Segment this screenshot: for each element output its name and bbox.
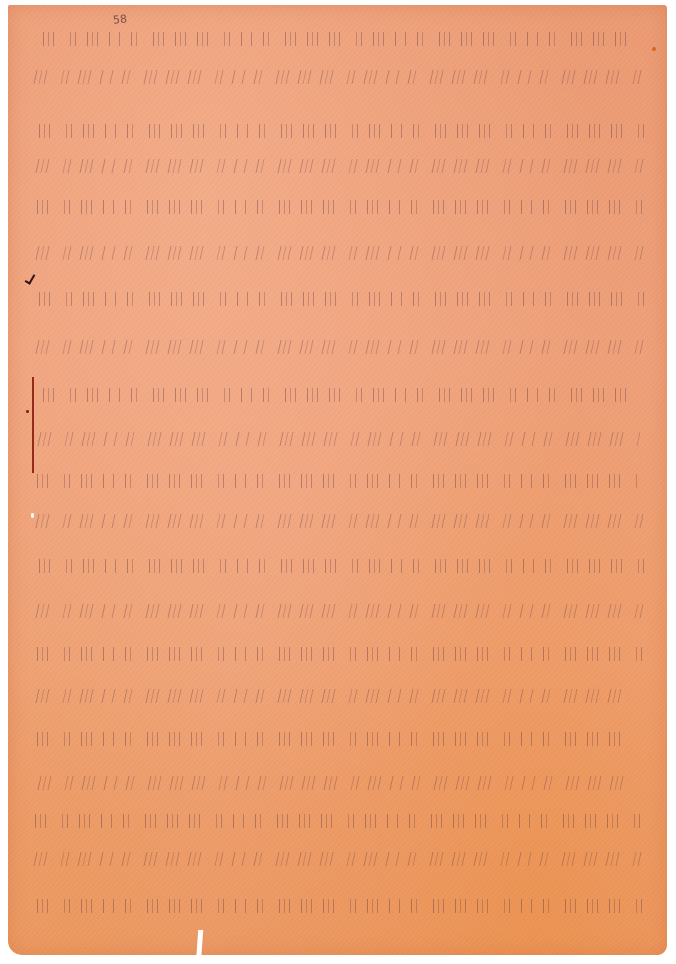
handwritten-line — [34, 470, 638, 492]
pencil-strokes — [40, 388, 640, 402]
scanned-page: 58 — [0, 0, 676, 964]
handwritten-line — [34, 510, 646, 532]
pencil-strokes — [34, 474, 638, 488]
handwritten-line — [36, 772, 632, 794]
page-number: 58 — [112, 12, 127, 26]
manuscript-paper: 58 — [8, 5, 667, 955]
handwritten-line — [32, 810, 642, 832]
handwritten-line — [34, 643, 646, 665]
handwritten-line — [34, 600, 648, 622]
handwritten-line — [36, 428, 642, 450]
pencil-strokes — [36, 124, 646, 138]
pencil-strokes — [34, 159, 646, 173]
handwritten-line — [34, 728, 634, 750]
pencil-strokes — [34, 246, 646, 260]
red-margin-dot — [26, 410, 29, 413]
pencil-strokes — [34, 647, 646, 661]
pencil-strokes — [36, 432, 642, 446]
handwritten-line — [40, 28, 640, 50]
pencil-strokes — [40, 32, 640, 46]
check-mark-icon — [25, 272, 36, 285]
handwritten-line — [32, 848, 646, 870]
handwritten-line — [36, 555, 644, 577]
pencil-strokes — [34, 200, 650, 214]
handwritten-line — [34, 685, 624, 707]
handwritten-line — [34, 155, 646, 177]
pencil-strokes — [32, 70, 644, 84]
pencil-strokes — [32, 814, 642, 828]
pencil-strokes — [36, 559, 644, 573]
pencil-strokes — [34, 899, 642, 913]
pencil-strokes — [36, 776, 632, 790]
handwritten-line — [40, 384, 640, 406]
pencil-strokes — [34, 340, 648, 354]
paper-speck — [31, 513, 34, 518]
pencil-strokes — [34, 689, 624, 703]
handwritten-line — [34, 242, 646, 264]
handwritten-line — [36, 288, 648, 310]
handwritten-line — [32, 66, 644, 88]
handwritten-line — [34, 196, 650, 218]
rust-spot — [652, 47, 656, 51]
handwritten-line — [34, 895, 642, 917]
pencil-strokes — [34, 514, 646, 528]
handwritten-line — [36, 120, 646, 142]
red-margin-rule — [32, 377, 34, 473]
pencil-strokes — [34, 732, 634, 746]
pencil-strokes — [36, 292, 648, 306]
handwritten-line — [34, 336, 648, 358]
pencil-strokes — [34, 604, 648, 618]
pencil-strokes — [32, 852, 646, 866]
